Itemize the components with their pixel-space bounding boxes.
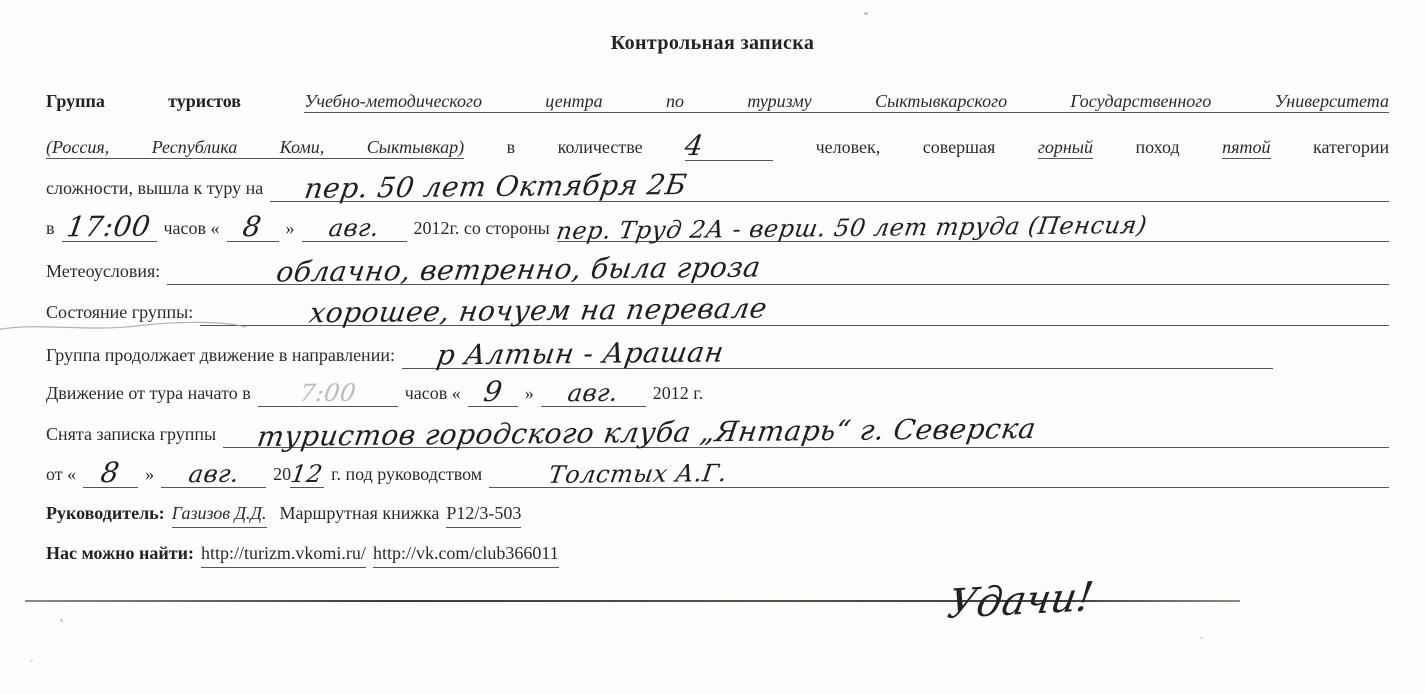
movement-day-handwritten: 9 [482, 379, 504, 405]
direction-label: Группа продолжает движение в направлении… [46, 342, 395, 368]
find-us-label: Нас можно найти: [46, 540, 194, 566]
start-year-label: 2012г. со стороны [414, 215, 550, 241]
count-blank: 4 [685, 131, 773, 161]
start-day-blank: 8 [227, 212, 279, 242]
weather-label: Метеоусловия: [46, 258, 160, 284]
form-line-group: Группа туристов Учебно-методического цен… [46, 88, 1389, 114]
removed-year-suffix-label: г. под руководством [331, 461, 482, 487]
removed-month-blank: авг. [161, 459, 266, 488]
category-value: пятой [1222, 137, 1270, 159]
removed-note-label: Снята записка группы [46, 421, 216, 447]
start-prefix-label: в [46, 215, 55, 241]
difficulty-label: сложности, вышла к туру на [46, 175, 263, 201]
trip-word-label: поход [1135, 137, 1179, 157]
start-time-blank: 17:00 [62, 212, 157, 242]
trip-type-value: горный [1038, 137, 1093, 159]
movement-label: Движение от тура начато в [46, 380, 251, 406]
removed-leader-handwritten: Толстых А.Г. [547, 460, 729, 488]
removed-from-label: от « [46, 461, 76, 487]
quote-close-label: » [286, 215, 295, 241]
form-line-tour-point: сложности, вышла к туру на пер. 50 лет О… [46, 172, 1389, 202]
state-handwritten: хорошее, ночуем на перевале [308, 296, 769, 327]
movement-day-blank: 9 [468, 377, 518, 407]
removed-day-blank: 8 [83, 458, 138, 488]
scan-artifact-speck [60, 619, 63, 622]
group-location-value: (Россия, Республика Коми, Сыктывкар) [46, 137, 464, 159]
form-line-removed-note: Снята записка группы туристов городского… [46, 418, 1389, 448]
scanned-control-note: Контрольная записка Группа туристов Учеб… [0, 0, 1425, 694]
scan-artifact-speck [864, 12, 868, 15]
direction-handwritten: р Алтын - Арашан [435, 340, 726, 369]
site-url-text: http://turizm.vkomi.ru/ [201, 540, 366, 568]
scan-artifact-speck [30, 660, 33, 662]
form-line-direction: Группа продолжает движение в направлении… [46, 339, 1273, 369]
route-from-blank: пер. Труд 2А - верш. 50 лет труда (Пенси… [557, 213, 1389, 242]
state-blank: хорошее, ночуем на перевале [200, 296, 1389, 326]
count-suffix-label: человек, совершая [816, 137, 996, 157]
removed-day-handwritten: 8 [100, 460, 122, 486]
removed-quote-close-label: » [145, 461, 154, 487]
weather-handwritten: облачно, ветренно, была гроза [275, 254, 763, 285]
count-handwritten: 4 [683, 133, 705, 159]
start-month-handwritten: авг. [327, 215, 381, 242]
start-month-blank: авг. [302, 213, 407, 242]
direction-blank: р Алтын - Арашан [402, 339, 1273, 369]
category-suffix-label: категории [1313, 137, 1389, 157]
movement-month-handwritten: авг. [566, 380, 620, 407]
movement-month-blank: авг. [541, 378, 646, 407]
route-book-number-value: Р12/3-503 [446, 500, 521, 528]
movement-time-blank: 7:00 [258, 378, 398, 407]
hours-open-label: часов « [164, 215, 220, 241]
removed-month-handwritten: авг. [187, 461, 241, 488]
removed-note-handwritten: туристов городского клуба „Янтарь“ г. Се… [256, 416, 1038, 450]
removed-note-blank: туристов городского клуба „Янтарь“ г. Се… [223, 418, 1389, 448]
tour-point-blank: пер. 50 лет Октября 2Б [270, 172, 1389, 202]
vk-url-text: http://vk.com/club366011 [373, 540, 559, 568]
form-line-removed-date: от « 8 » авг. 20 12 г. под руководством … [46, 458, 1389, 488]
movement-year-label: 2012 г. [653, 380, 703, 406]
page-title: Контрольная записка [0, 32, 1425, 55]
count-label: в количестве [507, 137, 643, 157]
group-prefix-label: Группа туристов [46, 91, 241, 111]
leader-label: Руководитель: [46, 500, 165, 526]
removed-leader-blank: Толстых А.Г. [489, 459, 1389, 488]
route-from-handwritten: пер. Труд 2А - верш. 50 лет труда (Пенси… [554, 212, 1148, 244]
weather-blank: облачно, ветренно, была гроза [167, 255, 1389, 285]
movement-time-handwritten: 7:00 [298, 380, 358, 407]
removed-year-handwritten: 12 [289, 461, 324, 487]
movement-hours-open-label: часов « [405, 380, 461, 406]
scan-artifact-speck [1200, 637, 1203, 639]
group-organization-value: Учебно-методического центра по туризму С… [304, 91, 1389, 113]
form-line-start: в 17:00 часов « 8 » авг. 2012г. со сторо… [46, 212, 1389, 242]
route-book-label: Маршрутная книжка [280, 500, 440, 526]
form-line-weather: Метеоусловия: облачно, ветренно, была гр… [46, 255, 1389, 285]
leader-name-value: Газизов Д.Д. [172, 500, 267, 528]
state-label: Состояние группы: [46, 299, 193, 325]
form-line-count: (Россия, Республика Коми, Сыктывкар) в к… [46, 131, 1389, 161]
goodluck-handwritten: Удачи! [944, 574, 1096, 628]
form-line-movement: Движение от тура начато в 7:00 часов « 9… [46, 377, 703, 407]
movement-quote-close-label: » [525, 380, 534, 406]
form-line-find-us: Нас можно найти: http://turizm.vkomi.ru/… [46, 540, 559, 568]
form-line-leader: Руководитель: Газизов Д.Д. Маршрутная кн… [46, 500, 521, 528]
start-day-handwritten: 8 [241, 214, 263, 240]
tour-point-handwritten: пер. 50 лет Октября 2Б [303, 172, 689, 202]
removed-year-blank: 12 [290, 459, 324, 488]
form-line-state: Состояние группы: хорошее, ночуем на пер… [46, 296, 1389, 326]
start-time-handwritten: 17:00 [65, 214, 152, 241]
removed-year-printed-label: 20 [273, 461, 291, 487]
